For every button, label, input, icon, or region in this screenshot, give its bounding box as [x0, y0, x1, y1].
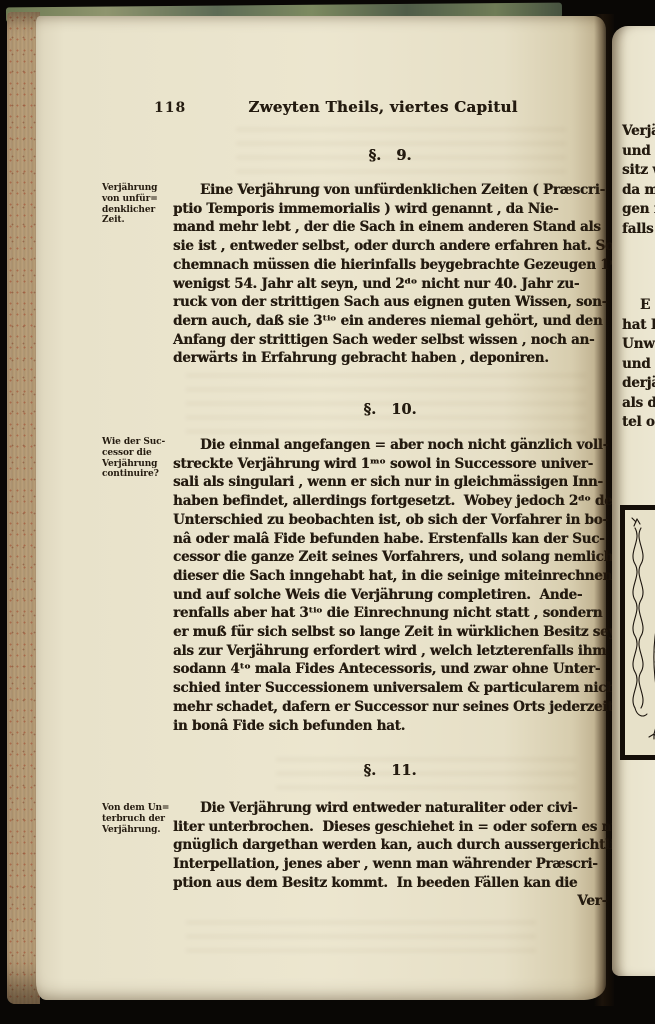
text-line: Verjährung — [102, 459, 170, 470]
left-page: 118 Zweyten Theils, viertes Capitul §. 9… — [36, 16, 606, 1000]
text-line: hat Re — [622, 316, 655, 336]
text-line: Die Verjährung wird entweder naturaliter… — [173, 799, 619, 818]
text-line: Eine Verjährung von unfürdenklichen Zeit… — [173, 181, 619, 200]
text-line: mehr schadet, dafern er Successor nur se… — [173, 698, 619, 717]
margin-note-section-9: Verjährungvon unfür=denklicherZeit. — [102, 183, 170, 226]
text-line: Unterschied zu beobachten ist, ob sich d… — [173, 511, 619, 530]
text-line: Verjährung — [102, 183, 170, 194]
text-line: haben befindet, allerdings fortgesetzt. … — [173, 492, 619, 511]
text-line: cessor die — [102, 448, 170, 459]
text-line: cessor die ganze Zeit seines Vorfahrers,… — [173, 548, 619, 567]
text-line: gen n — [622, 200, 655, 220]
running-title: Zweyten Theils, viertes Capitul — [173, 98, 593, 116]
text-line: wenigst 54. Jahr alt seyn, und 2ᵈᵒ nicht… — [173, 275, 619, 294]
section-9-paragraph: Eine Verjährung von unfürdenklichen Zeit… — [173, 181, 619, 368]
text-line: Verjä — [622, 122, 655, 142]
text-line: Wie der Suc- — [102, 437, 170, 448]
text-line: da ma — [622, 181, 655, 201]
text-line: derwärts in Erfahrung gebracht haben , d… — [173, 349, 619, 368]
text-line: tel ohn — [622, 413, 655, 433]
ink-showthrough — [186, 921, 536, 963]
text-line: Anfang der strittigen Sach weder selbst … — [173, 331, 619, 350]
text-line: renfalls aber hat 3ᵗⁱᵒ die Einrechnung n… — [173, 604, 619, 623]
text-line: chemnach müssen die hierinfalls beygebra… — [173, 256, 619, 275]
text-line: Von dem Un= — [102, 803, 170, 814]
text-line: liter unterbrochen. Dieses geschiehet in… — [173, 818, 619, 837]
text-line: falls d — [622, 220, 655, 240]
gutter-shadow — [594, 14, 614, 1006]
text-line: sitz wi — [622, 161, 655, 181]
text-line: nâ oder malâ Fide befunden habe. Erstenf… — [173, 530, 619, 549]
text-line: ruck von der strittigen Sach aus eignen … — [173, 293, 619, 312]
text-line: als zur Verjährung erfordert wird , welc… — [173, 642, 619, 661]
section-10-heading: §. 10. — [173, 401, 607, 418]
text-line: denklicher — [102, 205, 170, 216]
section-9-heading: §. 9. — [173, 147, 607, 164]
text-line: als die — [622, 394, 655, 414]
text-line: Unwiss — [622, 335, 655, 355]
book-scan: 118 Zweyten Theils, viertes Capitul §. 9… — [0, 0, 655, 1024]
text-line: ption aus dem Besitz kommt. In beeden Fä… — [173, 874, 619, 893]
next-page-sliver: Verjäund zsitz wida magen nfalls d Ehat … — [612, 26, 655, 976]
text-line: er muß für sich selbst so lange Zeit in … — [173, 623, 619, 642]
next-page-text-fragment: Verjäund zsitz wida magen nfalls d — [622, 122, 655, 239]
section-10-paragraph: Die einmal angefangen = aber noch nicht … — [173, 436, 619, 735]
text-line: schied inter Successionem universalem & … — [173, 679, 619, 698]
text-line: und auf solche Weis die Verjährung compl… — [173, 586, 619, 605]
catchword: Ver- — [173, 893, 607, 909]
margin-note-section-10: Wie der Suc-cessor dieVerjährungcontinui… — [102, 437, 170, 480]
next-page-text-fragment: Ehat ReUnwissund dederjährals dietel ohn — [622, 296, 655, 433]
section-11-heading: §. 11. — [173, 762, 607, 779]
text-line: dern auch, daß sie 3ᵗⁱᵒ ein anderes niem… — [173, 312, 619, 331]
text-line: Zeit. — [102, 215, 170, 226]
lion-serpent-woodcut-icon — [620, 505, 655, 760]
text-line: und z — [622, 142, 655, 162]
text-line: von unfür= — [102, 194, 170, 205]
text-line: E — [622, 296, 655, 316]
text-line: continuire? — [102, 469, 170, 480]
text-line: terbruch der — [102, 814, 170, 825]
text-line: streckte Verjährung wird 1ᵐᵒ sowol in Su… — [173, 455, 619, 474]
text-line: mand mehr lebt , der die Sach in einem a… — [173, 218, 619, 237]
text-line: Die einmal angefangen = aber noch nicht … — [173, 436, 619, 455]
text-line: Interpellation, jenes aber , wenn man wä… — [173, 855, 619, 874]
text-line: derjähr — [622, 374, 655, 394]
text-line: und de — [622, 355, 655, 375]
text-line: sali als singulari , wenn er sich nur in… — [173, 473, 619, 492]
section-11-paragraph: Die Verjährung wird entweder naturaliter… — [173, 799, 619, 893]
text-line: gnüglich dargethan werden kan, auch durc… — [173, 836, 619, 855]
margin-note-section-11: Von dem Un=terbruch derVerjährung. — [102, 803, 170, 835]
text-line: dieser die Sach inngehabt hat, in die se… — [173, 567, 619, 586]
text-line: sodann 4ᵗᵒ mala Fides Antecessoris, und … — [173, 660, 619, 679]
text-line: in bonâ Fide sich befunden hat. — [173, 717, 619, 736]
text-line: Verjährung. — [102, 825, 170, 836]
text-line: sie ist , entweder selbst, oder durch an… — [173, 237, 619, 256]
text-line: ptio Temporis immemorialis ) wird genann… — [173, 200, 619, 219]
